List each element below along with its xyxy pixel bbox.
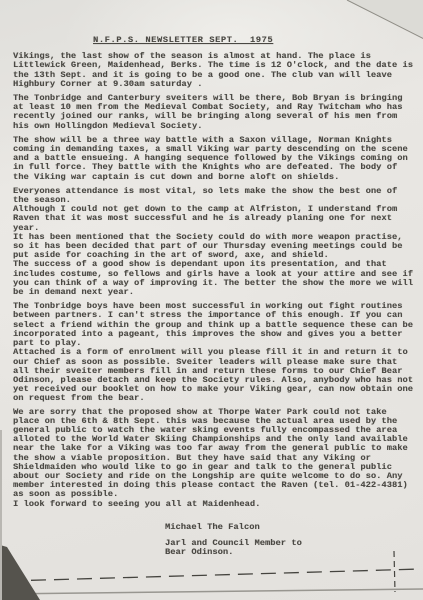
newsletter-title: N.F.P.S. NEWSLETTER SEPT. 1975 (13, 36, 413, 45)
paragraph-weapon-practise: It has been mentioned that the Society c… (13, 233, 413, 261)
tear-dashed-line (8, 569, 421, 581)
paragraph-show-announcement: Vikings, the last show of the season is … (13, 52, 413, 89)
paragraph-fight-routines: The Tonbridge boys have been most succes… (13, 302, 413, 348)
signature-name: Michael The Falcon (165, 523, 413, 532)
signature-block: Michael The Falcon Jarl and Council Memb… (165, 523, 413, 558)
paragraph-enrolment-form: Attached is a form of enrolment will you… (13, 348, 413, 403)
fold-crease-line (347, 0, 423, 39)
fold-corner-top-right (347, 0, 423, 38)
paragraph-alfriston-camp: Although I could not get down to the cam… (13, 205, 413, 233)
paragraph-attendance: Everyones attendance is most vital, so l… (13, 187, 413, 205)
typewritten-text-block: N.F.P.S. NEWSLETTER SEPT. 1975 Vikings, … (13, 36, 413, 557)
page-bottom-edge (0, 589, 423, 594)
paragraph-thorpe-water-park: We are sorry that the proposed show at T… (13, 408, 413, 500)
signature-role-line-2: Bear Odinson. (165, 548, 413, 557)
paragraph-visiting-groups: The Tonbridge and Canterbury sveiters wi… (13, 94, 413, 131)
closing-line: I look forward to seeing you all at Maid… (13, 500, 413, 509)
paragraph-costume: The success of a good show is dependant … (13, 260, 413, 297)
paragraph-battle-plan: The show will be a three way battle with… (13, 136, 413, 182)
scanned-newsletter-page: N.F.P.S. NEWSLETTER SEPT. 1975 Vikings, … (0, 0, 423, 600)
